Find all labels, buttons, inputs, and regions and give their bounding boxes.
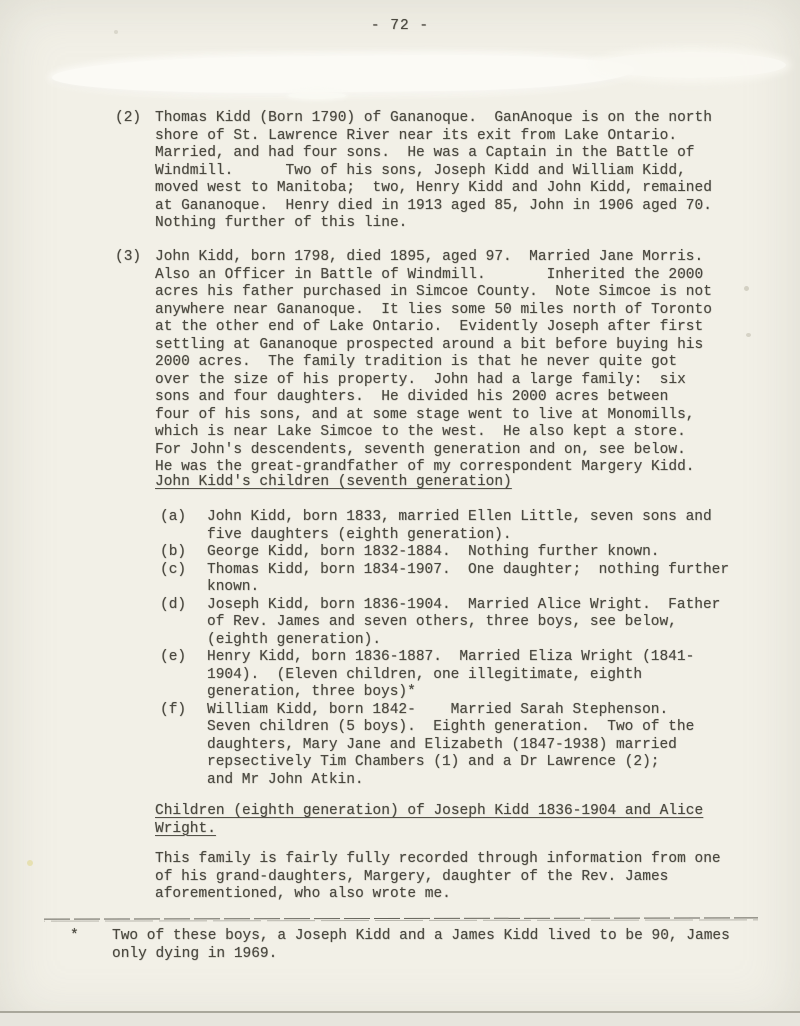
list-item-d-text: Joseph Kidd, born 1836-1904. Married Ali… <box>207 597 720 650</box>
list-item-b: (b) George Kidd, born 1832-1884. Nothing… <box>160 544 729 562</box>
scan-speck <box>27 860 33 866</box>
list-item-f-label: (f) <box>160 702 207 720</box>
paragraph-2-text: Thomas Kidd (Born 1790) of Gananoque. Ga… <box>155 110 712 233</box>
paragraph-2: (2) Thomas Kidd (Born 1790) of Gananoque… <box>115 110 712 233</box>
footnote-divider-line <box>44 917 758 921</box>
list-item-e-label: (e) <box>160 649 207 667</box>
children-seventh-list: (a) John Kidd, born 1833, married Ellen … <box>160 509 729 789</box>
heading-seventh-generation: John Kidd's children (seventh generation… <box>155 474 512 492</box>
list-item-e-text: Henry Kidd, born 1836-1887. Married Eliz… <box>207 649 694 702</box>
list-item-b-label: (b) <box>160 544 207 562</box>
list-item-e: (e) Henry Kidd, born 1836-1887. Married … <box>160 649 729 702</box>
list-item-d: (d) Joseph Kidd, born 1836-1904. Married… <box>160 597 729 650</box>
scan-speck <box>746 333 751 337</box>
scanned-document-page: - 72 - (2) Thomas Kidd (Born 1790) of Ga… <box>0 0 800 1026</box>
heading-eighth-generation: Children (eighth generation) of Joseph K… <box>155 803 703 838</box>
closing-paragraph: This family is fairly fully recorded thr… <box>155 851 721 904</box>
list-item-f: (f) William Kidd, born 1842- Married Sar… <box>160 702 729 790</box>
footnote-text: Two of these boys, a Joseph Kidd and a J… <box>112 928 730 963</box>
paragraph-3-label: (3) <box>115 249 155 267</box>
list-item-c-text: Thomas Kidd, born 1834-1907. One daughte… <box>207 562 729 597</box>
scan-speck <box>114 30 118 34</box>
list-item-a: (a) John Kidd, born 1833, married Ellen … <box>160 509 729 544</box>
list-item-c-label: (c) <box>160 562 207 580</box>
whiteout-blob <box>52 53 634 95</box>
page-number: - 72 - <box>0 18 800 36</box>
paragraph-3: (3) John Kidd, born 1798, died 1895, age… <box>115 249 712 477</box>
list-item-a-text: John Kidd, born 1833, married Ellen Litt… <box>207 509 712 544</box>
list-item-f-text: William Kidd, born 1842- Married Sarah S… <box>207 702 694 790</box>
scan-speck <box>744 286 749 291</box>
list-item-c: (c) Thomas Kidd, born 1834-1907. One dau… <box>160 562 729 597</box>
list-item-b-text: George Kidd, born 1832-1884. Nothing fur… <box>207 544 659 562</box>
footnote-asterisk-marker: * <box>70 928 112 946</box>
paragraph-3-text: John Kidd, born 1798, died 1895, aged 97… <box>155 249 712 477</box>
paragraph-2-label: (2) <box>115 110 155 128</box>
footnote: * Two of these boys, a Joseph Kidd and a… <box>70 928 730 963</box>
list-item-d-label: (d) <box>160 597 207 615</box>
list-item-a-label: (a) <box>160 509 207 527</box>
page-bottom-strip <box>0 1013 800 1026</box>
whiteout-blob-chip <box>288 92 346 99</box>
whiteout-blob-tail <box>596 52 786 78</box>
